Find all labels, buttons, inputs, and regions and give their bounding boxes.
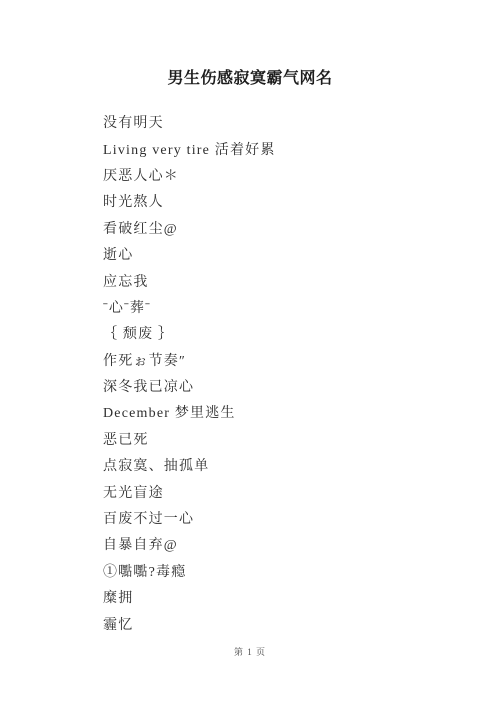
list-item: 恶已死: [103, 426, 470, 452]
list-item: 看破红尘@: [103, 215, 470, 241]
list-item: ˉ心ˉ葬ˉ: [103, 294, 470, 320]
list-item: 无光盲途: [103, 478, 470, 504]
list-item: 没有明天: [103, 109, 470, 135]
list-item: 作死ぉ节奏″: [103, 347, 470, 373]
list-item: 百废不过一心: [103, 505, 470, 531]
document-page: 男生伤感寂寞霸气网名 没有明天Living very tire 活着好累厌恶人心…: [0, 0, 500, 708]
list-item: Living very tire 活着好累: [103, 135, 470, 161]
list-item: 应忘我: [103, 267, 470, 293]
list-item: 深冬我已凉心: [103, 373, 470, 399]
list-item: 点寂寞、抽孤单: [103, 452, 470, 478]
list-item: December 梦里逃生: [103, 399, 470, 425]
name-list: 没有明天Living very tire 活着好累厌恶人心＊时光熬人看破红尘@逝…: [103, 109, 470, 637]
page-footer: 第 1 页: [0, 645, 500, 658]
list-item: 时光熬人: [103, 188, 470, 214]
list-item: ｛ 颓废 ｝: [103, 320, 470, 346]
list-item: 逝心: [103, 241, 470, 267]
page-title: 男生伤感寂寞霸气网名: [0, 65, 500, 88]
list-item: 厌恶人心＊: [103, 162, 470, 188]
page-number: 第 1 页: [234, 647, 266, 657]
list-item: 糜拥: [103, 584, 470, 610]
list-item: 霾忆: [103, 610, 470, 636]
list-item: ①嚸嚸?毒瘾: [103, 558, 470, 584]
list-item: 自暴自弃@: [103, 531, 470, 557]
